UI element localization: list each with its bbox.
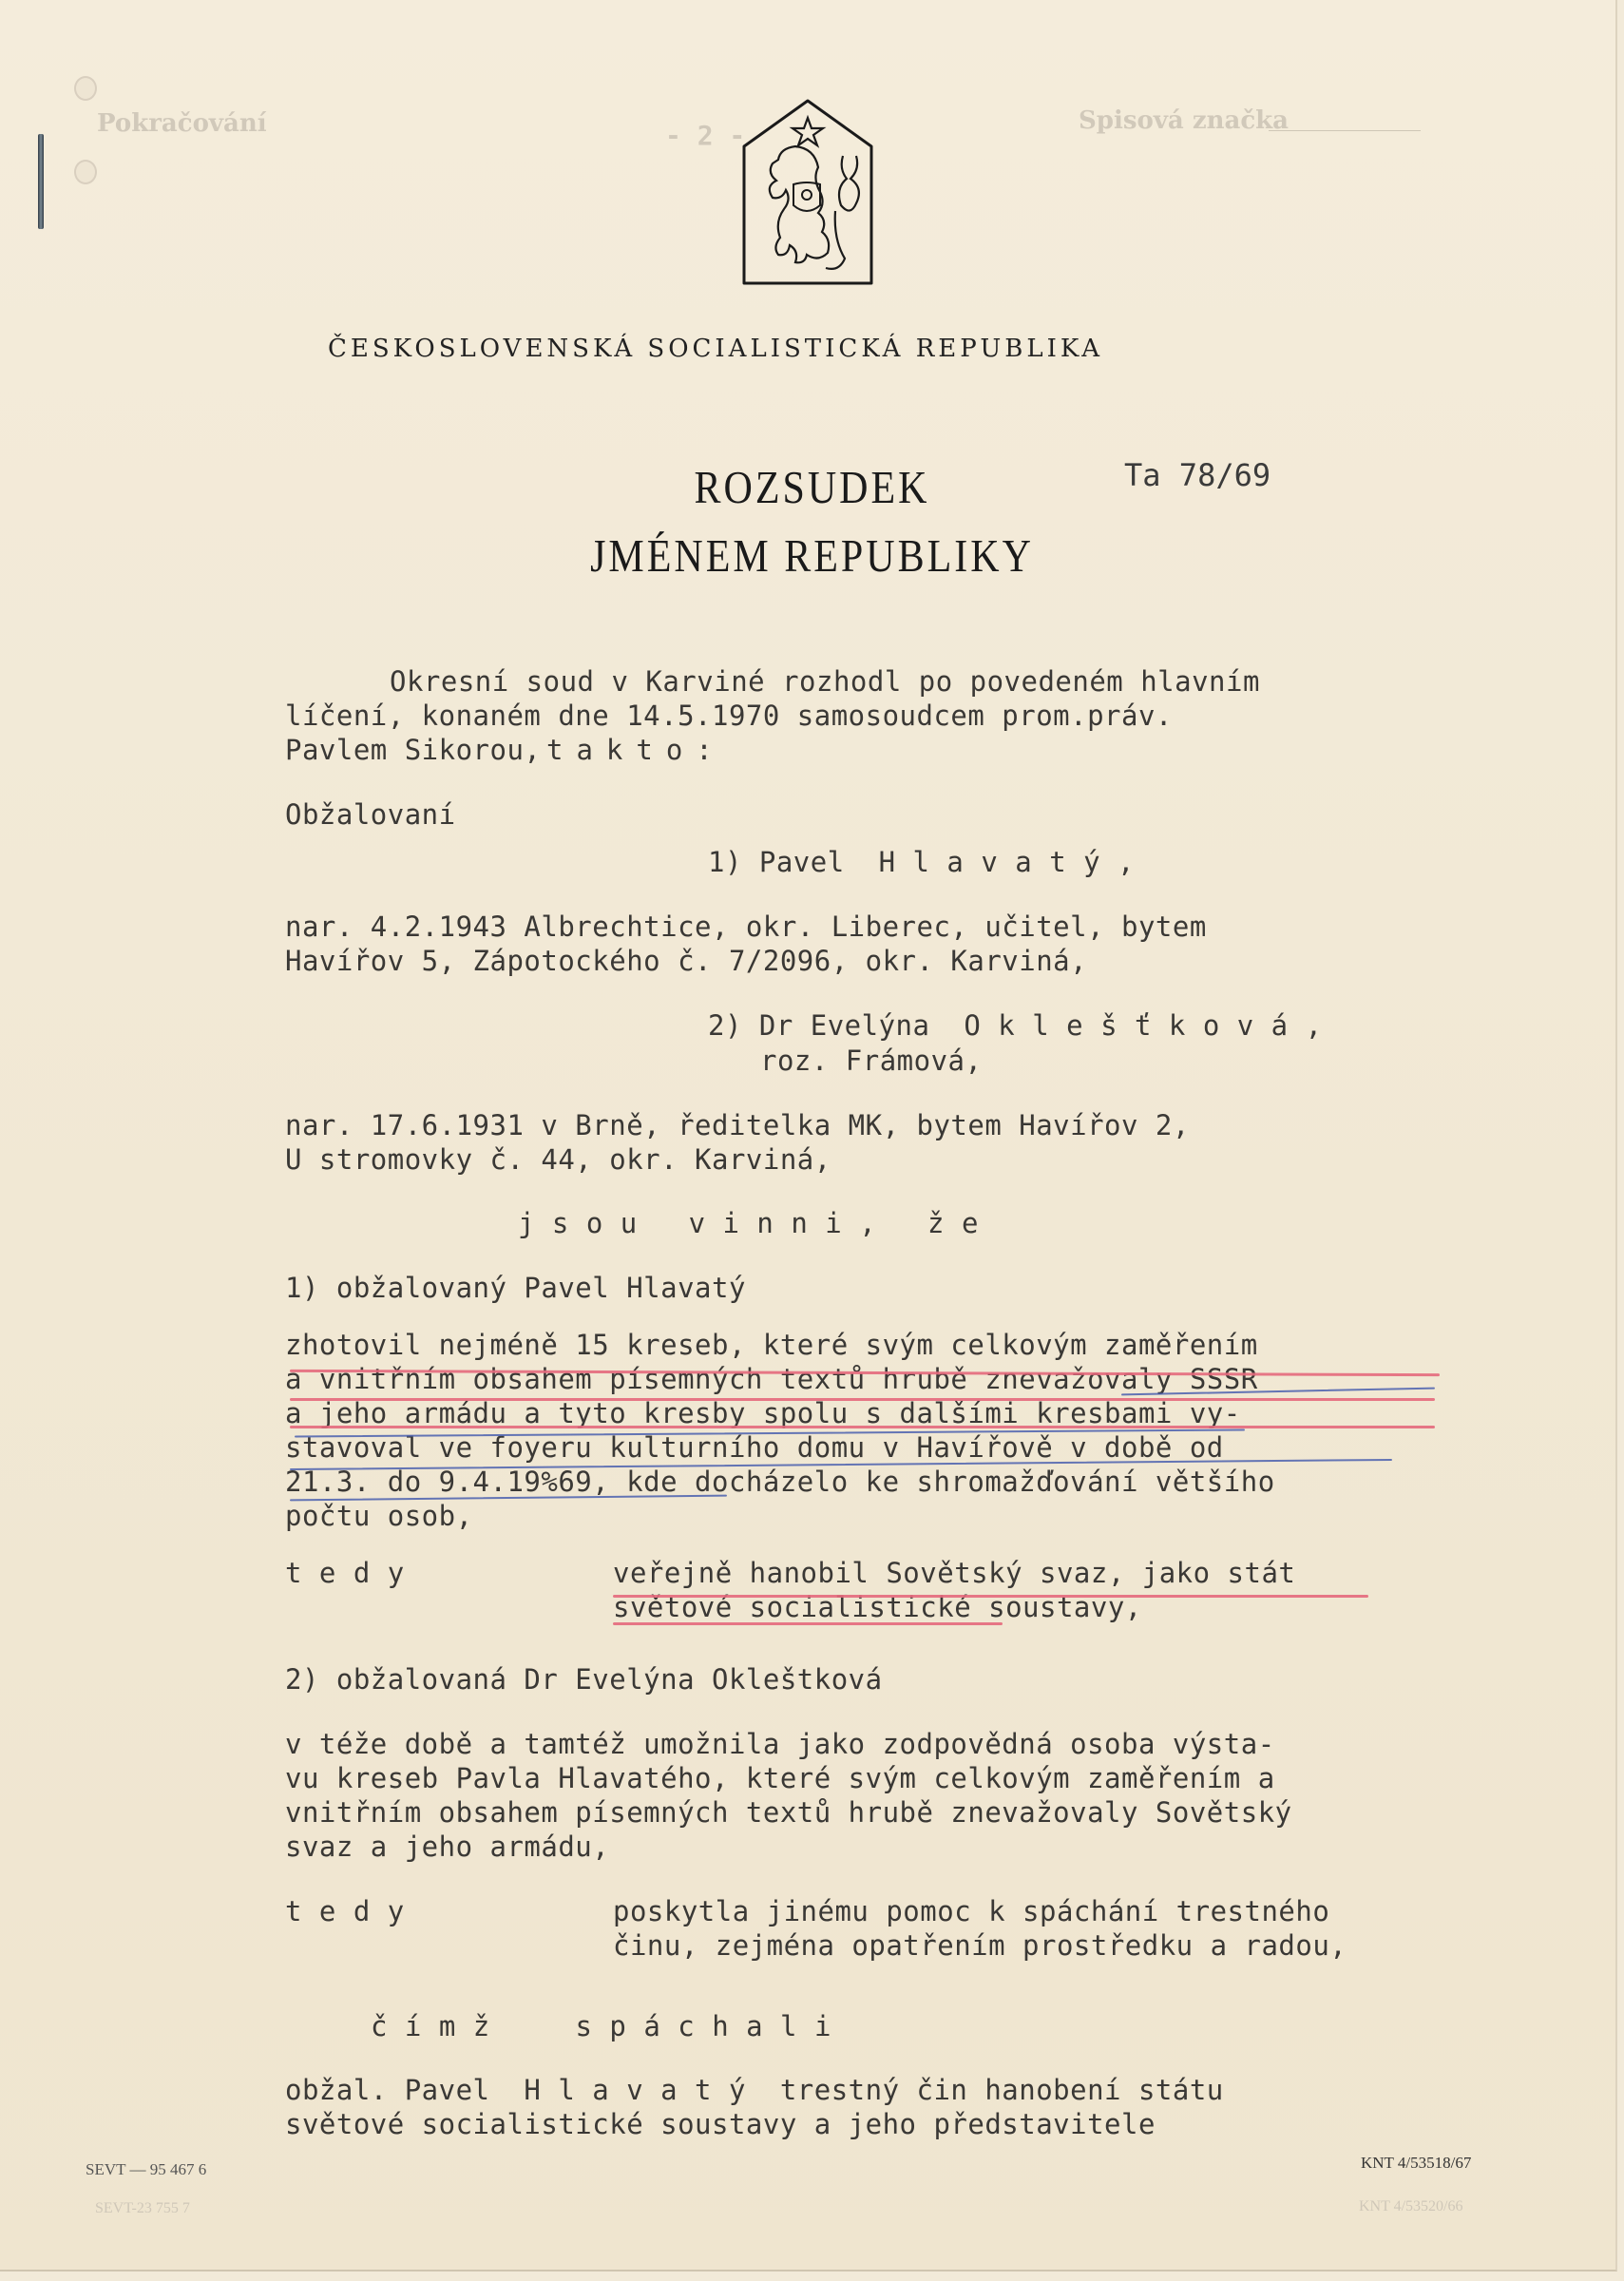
count1-line-2: a vnitřním obsahem písemných textů hrubě… (285, 1363, 1258, 1395)
count1-line-1: zhotovil nejméně 15 kreseb, které svým c… (285, 1329, 1258, 1361)
czechoslovak-coat-of-arms-icon (736, 97, 879, 292)
staple (38, 134, 44, 229)
count2-tedy-label: t e d y (285, 1895, 405, 1927)
red-underline (613, 1595, 1368, 1598)
page-number: - 2 - (665, 120, 745, 151)
accused2-detail-2: U stromovky č. 44, okr. Karviná, (285, 1143, 831, 1176)
count1-tedy-line-1: veřejně hanobil Sovětský svaz, jako stát (613, 1557, 1295, 1589)
conclusion-line-2: světové socialistické soustavy a jeho př… (285, 2108, 1156, 2140)
file-mark-label: Spisová značka (1079, 106, 1289, 135)
form-code-left: SEVT — 95 467 6 (86, 2160, 206, 2179)
conclusion-line-1: obžal. Pavel H l a v a t ý trestný čin h… (285, 2074, 1224, 2106)
red-underline (290, 1426, 1435, 1428)
state-name: ČESKOSLOVENSKÁ SOCIALISTICKÁ REPUBLIKA (328, 335, 1278, 363)
document-page: Pokračování - 2 - Spisová značka ČESKOSL… (0, 0, 1617, 2271)
intro-takto: takto: (546, 734, 726, 766)
bleed-through-form-code: SEVT-23 755 7 (95, 2200, 190, 2217)
count1-line-5: 21.3. do 9.4.19%69, kde docházelo ke shr… (285, 1466, 1275, 1498)
continuation-label: Pokračování (97, 109, 267, 138)
count2-line-2: vu kreseb Pavla Hlavatého, které svým ce… (285, 1762, 1275, 1794)
accused1-name: 1) Pavel H l a v a t ý , (708, 846, 1135, 878)
red-underline (290, 1398, 1435, 1401)
document-title: ROZSUDEK (0, 462, 1624, 514)
committed-heading: č í m ž s p á c h a l i (371, 2010, 831, 2042)
form-code-right: KNT 4/53518/67 (1361, 2154, 1471, 2173)
accused2-name: 2) Dr Evelýna O k l e š ť k o v á , (708, 1009, 1323, 1042)
accused1-detail-2: Havířov 5, Zápotockého č. 7/2096, okr. K… (285, 945, 1087, 977)
intro-line-1: Okresní soud v Karviné rozhodl po povede… (390, 665, 1260, 698)
count1-heading: 1) obžalovaný Pavel Hlavatý (285, 1272, 746, 1304)
intro-line-3: Pavlem Sikorou, (285, 734, 541, 766)
count2-tedy-line-1: poskytla jinému pomoc k spáchání trestné… (613, 1895, 1329, 1927)
intro-line-2: líčení, konaném dne 14.5.1970 samosoudce… (285, 700, 1173, 732)
count2-heading: 2) obžalovaná Dr Evelýna Okleštková (285, 1663, 883, 1696)
accused2-detail-1: nar. 17.6.1931 v Brně, ředitelka MK, byt… (285, 1109, 1190, 1141)
count2-line-1: v téže době a tamtéž umožnila jako zodpo… (285, 1728, 1275, 1760)
bleed-through-form-code: KNT 4/53520/66 (1359, 2198, 1462, 2215)
document-subtitle: JMÉNEM REPUBLIKY (0, 530, 1624, 583)
verdict-heading: j s o u v i n n i , ž e (518, 1207, 979, 1239)
punch-hole-bottom (74, 160, 97, 184)
count1-tedy-label: t e d y (285, 1557, 405, 1589)
accused1-detail-1: nar. 4.2.1943 Albrechtice, okr. Liberec,… (285, 910, 1207, 943)
count1-line-6: počtu osob, (285, 1500, 473, 1532)
count2-line-3: vnitřním obsahem písemných textů hrubě z… (285, 1796, 1292, 1829)
red-underline (613, 1622, 1003, 1625)
case-number: Ta 78/69 (1124, 457, 1271, 493)
count2-line-4: svaz a jeho armádu, (285, 1831, 609, 1863)
count1-line-3: a jeho armádu a tyto kresby spolu s dalš… (285, 1397, 1241, 1429)
count2-tedy-line-2: činu, zejména opatřením prostředku a rad… (613, 1929, 1347, 1962)
file-mark-line (1269, 130, 1421, 131)
punch-hole-top (74, 76, 97, 101)
accused2-maiden-name: roz. Frámová, (760, 1045, 982, 1077)
accused-label: Obžalovaní (285, 798, 456, 831)
